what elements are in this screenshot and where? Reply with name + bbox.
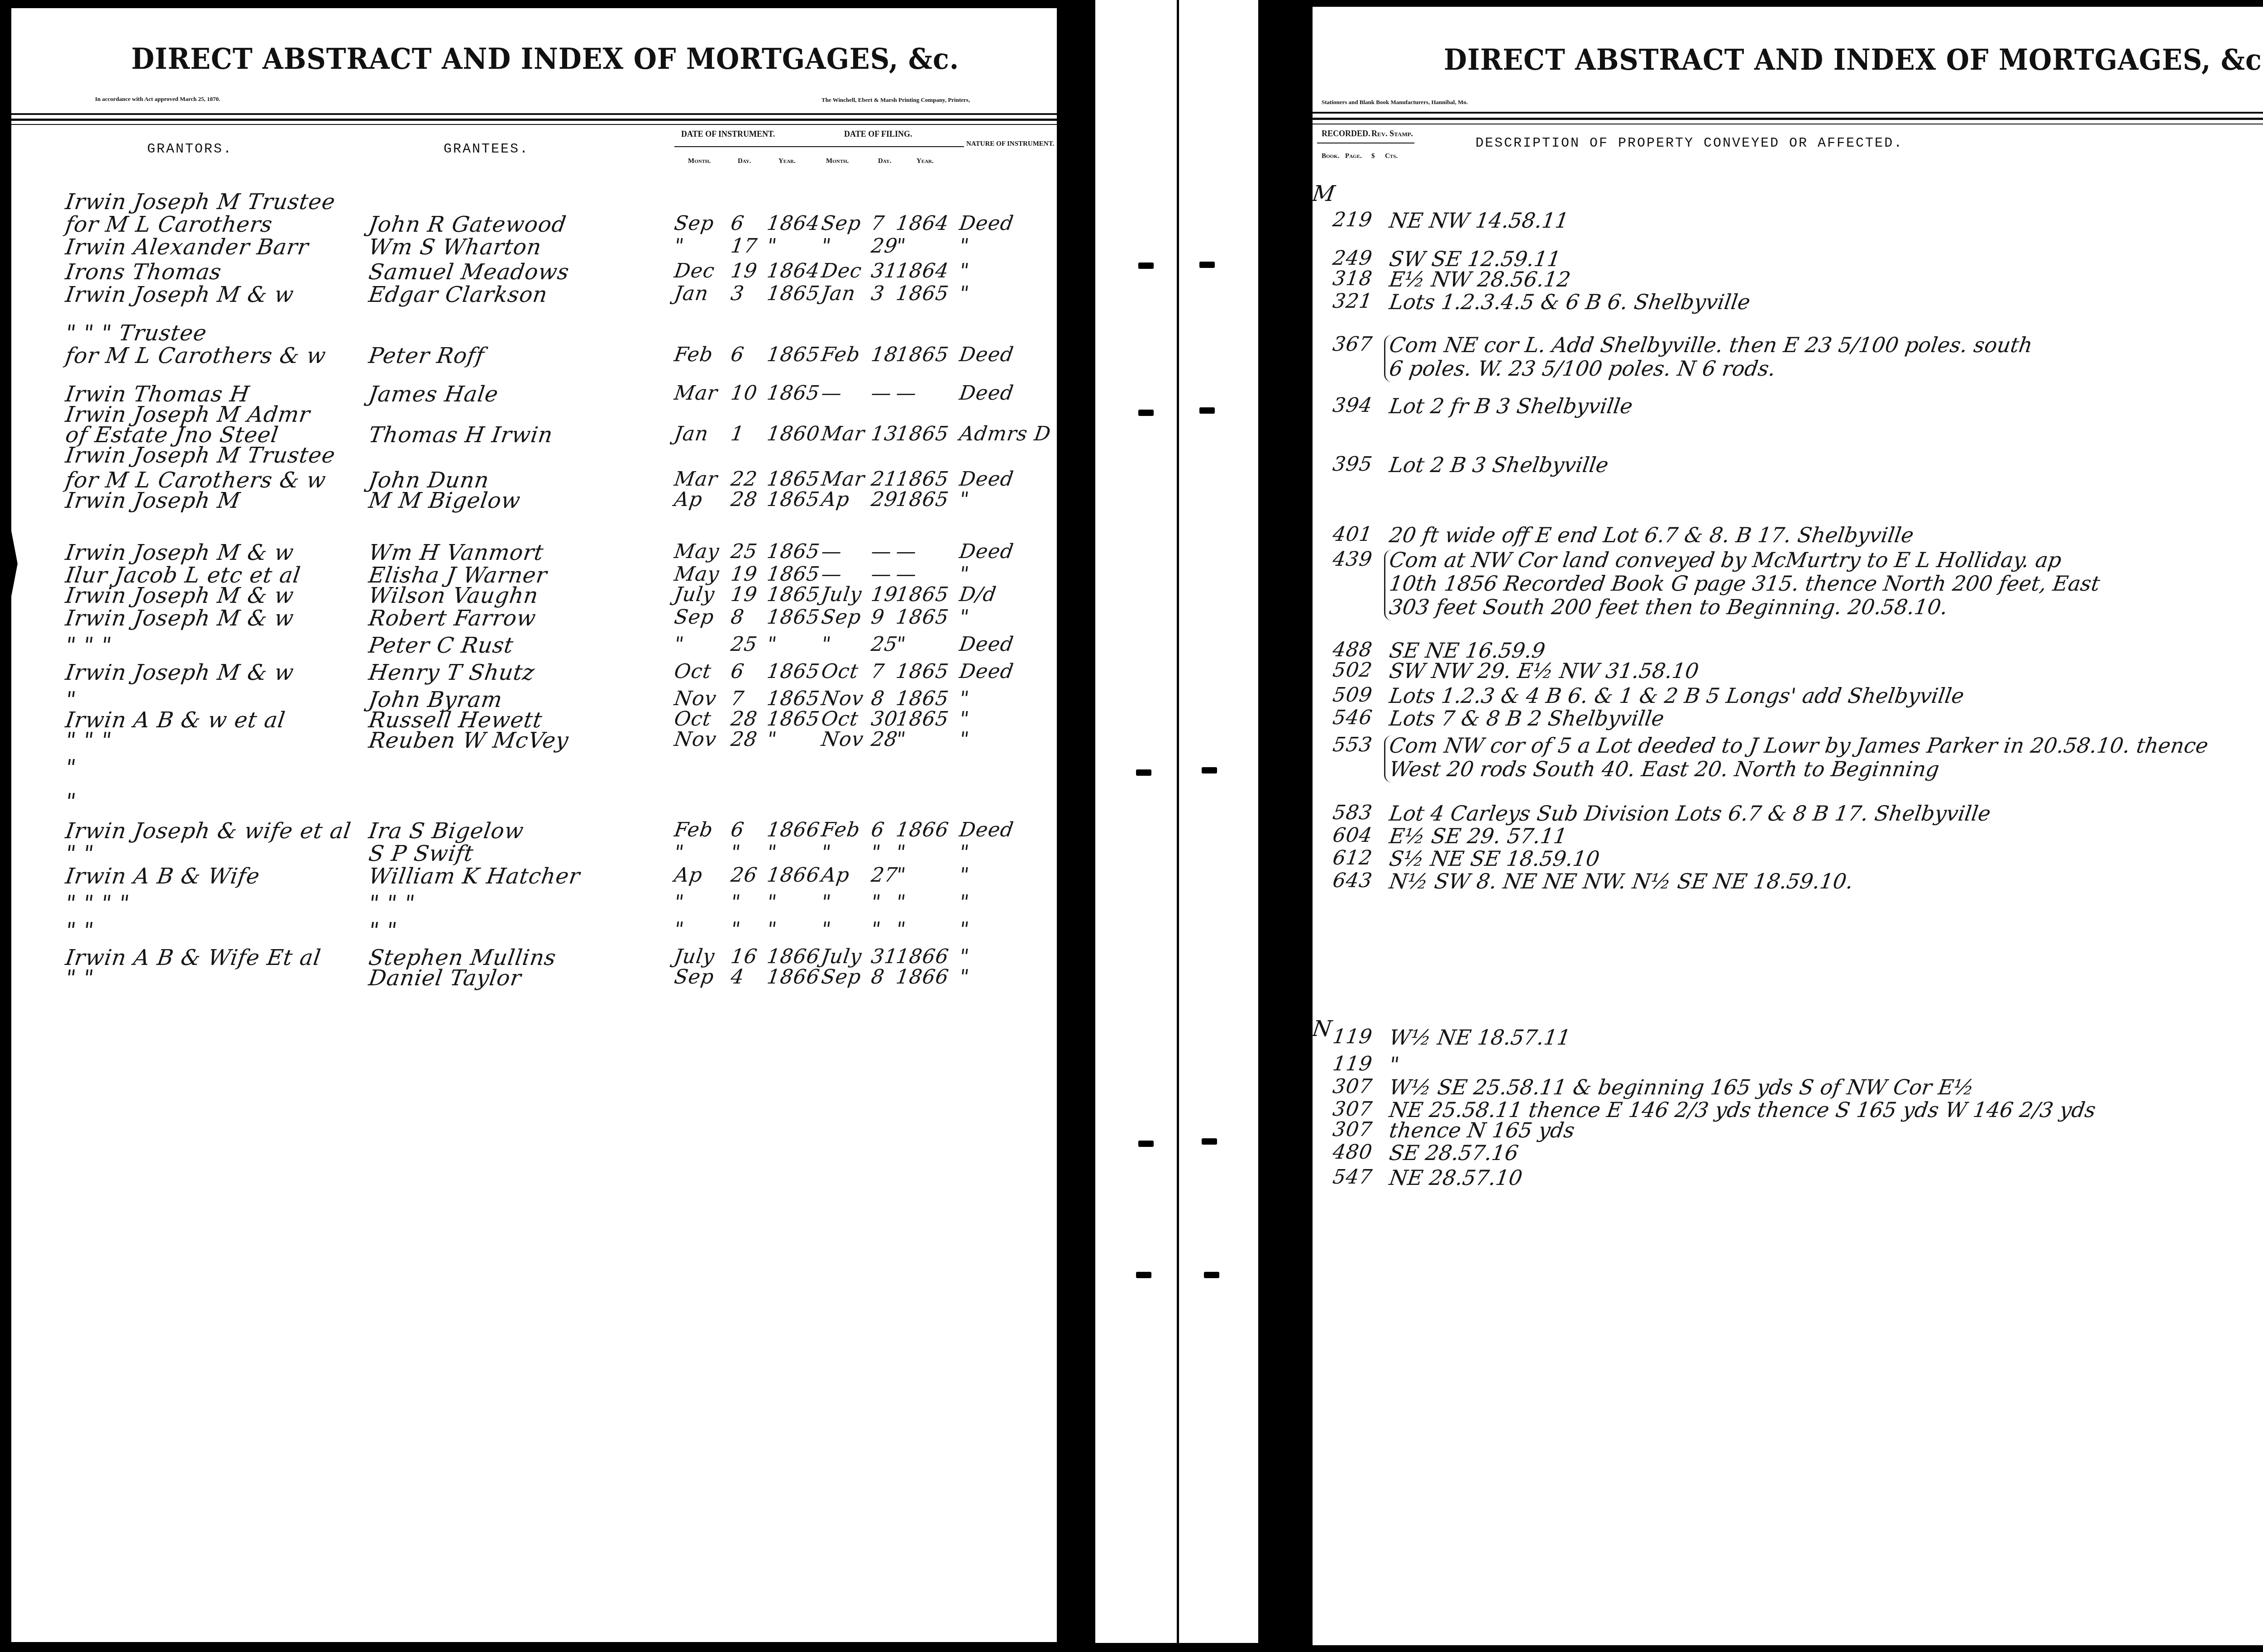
inst-year-cell: 1865 — [765, 606, 821, 629]
property-description: Lot 4 Carleys Sub Division Lots 6.7 & 8 … — [1388, 801, 1992, 826]
header-rule — [11, 119, 1057, 121]
grantor-cell: Irwin Joseph M & w — [64, 540, 296, 565]
property-description: SE 28.57.16 — [1388, 1141, 1520, 1165]
page-number: 249 — [1331, 247, 1374, 270]
grantor-cell: for M L Carothers — [64, 212, 274, 237]
nature-cell: " — [958, 728, 970, 751]
page-number: 502 — [1331, 659, 1374, 682]
header-rule — [11, 113, 1057, 115]
nature-cell: Deed — [958, 382, 1015, 405]
file-year-cell: 1865 — [894, 583, 950, 606]
file-year-cell: 1864 — [894, 259, 950, 282]
bracket-mark — [1384, 550, 1392, 621]
file-month-cell: " — [820, 633, 832, 656]
grantee-cell: Wm S Wharton — [367, 234, 543, 260]
grantor-cell: Irwin Joseph M & w — [64, 282, 296, 307]
file-year-cell: 1866 — [894, 818, 950, 841]
printer-note: The Winchell, Ebert & Marsh Printing Com… — [821, 96, 970, 104]
nature-cell: " — [958, 841, 970, 864]
file-day-cell: 7 — [869, 212, 886, 235]
file-day-cell: " — [869, 841, 882, 864]
grantor-cell: Irwin Joseph M & w — [64, 606, 296, 631]
rev-stamp-header: Rev. Stamp. — [1371, 129, 1413, 138]
inst-year-cell: 1865 — [765, 687, 821, 710]
inst-day-cell: 6 — [729, 818, 745, 841]
page-number: 119 — [1331, 1052, 1374, 1075]
inst-month-cell: May — [673, 563, 721, 586]
inst-day-cell: 28 — [729, 488, 759, 511]
file-year-cell: — — [894, 563, 918, 586]
inst-year-cell: 1865 — [765, 468, 821, 491]
page-number: 612 — [1331, 846, 1374, 869]
grantee-cell: M M Bigelow — [367, 488, 522, 513]
inst-year-cell: 1866 — [765, 818, 821, 841]
page-number: 219 — [1331, 208, 1374, 231]
grantor-cell: Irons Thomas — [64, 259, 223, 285]
file-month-cell: Sep — [820, 212, 863, 235]
grantor-cell: Irwin Joseph M & w — [64, 583, 296, 608]
act-note: In accordance with Act approved March 25… — [95, 95, 220, 103]
page-number: 553 — [1331, 733, 1374, 756]
inst-month-cell: " — [673, 918, 685, 941]
property-description: W½ NE 18.57.11 — [1388, 1025, 1572, 1050]
page-number: 307 — [1331, 1118, 1374, 1141]
file-month-cell: — — [820, 563, 843, 586]
binding-hole-icon — [1136, 1272, 1151, 1278]
file-day-cell: 8 — [869, 965, 886, 988]
grantee-cell: Daniel Taylor — [367, 965, 523, 991]
nature-cell: " — [958, 563, 970, 586]
file-year-cell: 1865 — [894, 687, 950, 710]
file-day-cell: 9 — [869, 606, 886, 629]
grantor-cell: " " — [64, 918, 95, 943]
page-number: 367 — [1331, 333, 1374, 356]
description-header: DESCRIPTION OF PROPERTY CONVEYED OR AFFE… — [1475, 136, 1903, 151]
grantor-cell: Irwin Joseph M Trustee — [64, 189, 337, 215]
binding-hole-icon — [1136, 769, 1151, 776]
file-day-cell: " — [869, 918, 882, 941]
file-day-cell: — — [869, 382, 893, 405]
inst-day-cell: 6 — [729, 660, 745, 683]
grantee-cell: Thomas H Irwin — [367, 422, 554, 448]
year-header: Year. — [917, 158, 934, 165]
file-day-cell: 3 — [869, 282, 886, 305]
inst-month-cell: Dec — [673, 259, 716, 282]
header-rule — [1313, 118, 2263, 120]
inst-day-cell: 10 — [729, 382, 759, 405]
file-year-cell: 1866 — [894, 965, 950, 988]
nature-cell: Deed — [958, 818, 1015, 841]
grantor-cell: " " " Trustee — [64, 320, 208, 346]
recorded-rule — [1317, 143, 1414, 143]
book-letter: N — [1311, 1016, 1334, 1041]
grantor-cell: " " — [64, 841, 95, 866]
page-number: 439 — [1331, 548, 1374, 571]
inst-day-cell: 28 — [729, 728, 759, 751]
inst-day-cell: " — [729, 891, 742, 914]
page-number: 318 — [1331, 267, 1374, 290]
bracket-mark — [1384, 335, 1392, 382]
grantee-cell: Wm H Vanmort — [367, 540, 545, 565]
book-letter: M — [1311, 181, 1337, 206]
grantee-cell: " " " — [367, 891, 417, 916]
inst-year-cell: 1860 — [765, 422, 821, 445]
property-description: West 20 rods South 40. East 20. North to… — [1388, 757, 1941, 781]
grantee-cell: Peter Roff — [367, 343, 486, 368]
header-rule — [11, 124, 1057, 125]
file-year-cell: " — [894, 918, 907, 941]
inst-month-cell: Mar — [673, 468, 719, 491]
inst-year-cell: 1865 — [765, 282, 821, 305]
property-description: 6 poles. W. 23 5/100 poles. N 6 rods. — [1388, 356, 1777, 381]
nature-cell: " — [958, 234, 970, 258]
nature-cell: " — [958, 488, 970, 511]
property-description: Com NW cor of 5 a Lot deeded to J Lowr b… — [1388, 733, 2210, 758]
date-of-instrument-header: DATE OF INSTRUMENT. — [681, 129, 775, 139]
page-number: 307 — [1331, 1098, 1374, 1121]
page-number: 604 — [1331, 824, 1374, 847]
grantor-cell: " " " " — [64, 891, 131, 916]
file-year-cell: 1865 — [894, 468, 950, 491]
nature-cell: " — [958, 687, 970, 710]
file-year-cell: " — [894, 841, 907, 864]
inst-year-cell: " — [765, 918, 778, 941]
file-day-cell: 7 — [869, 660, 886, 683]
grantor-cell: for M L Carothers & w — [64, 343, 328, 368]
inst-day-cell: 7 — [729, 687, 745, 710]
inst-day-cell: 4 — [729, 965, 745, 988]
nature-cell: Deed — [958, 660, 1015, 683]
inst-year-cell: 1865 — [765, 488, 821, 511]
inst-month-cell: Ap — [673, 488, 704, 511]
inst-month-cell: Feb — [673, 818, 714, 841]
grantor-cell: " — [64, 789, 78, 814]
month-header: Month. — [826, 158, 849, 165]
inst-month-cell: July — [673, 945, 716, 968]
inst-year-cell: 1866 — [765, 864, 821, 887]
nature-cell: Deed — [958, 343, 1015, 366]
file-month-cell: " — [820, 891, 832, 914]
grantees-header: GRANTEES. — [444, 142, 529, 157]
inst-year-cell: 1865 — [765, 583, 821, 606]
page-header: Page. — [1345, 153, 1362, 160]
grantee-cell: " " — [367, 918, 399, 943]
binding-hole-icon — [1199, 407, 1215, 414]
nature-cell: " — [958, 707, 970, 731]
inst-month-cell: " — [673, 234, 685, 258]
inst-day-cell: 17 — [729, 234, 759, 258]
binding-hole-icon — [1138, 1141, 1154, 1147]
file-year-cell: 1865 — [894, 282, 950, 305]
file-year-cell: 1866 — [894, 945, 950, 968]
grantee-cell: William K Hatcher — [367, 864, 582, 889]
inst-year-cell: " — [765, 841, 778, 864]
inst-year-cell: 1864 — [765, 212, 821, 235]
nature-of-instrument-header: NATURE OF INSTRUMENT. — [966, 140, 1054, 148]
property-description: E½ SE 29. 57.11 — [1388, 824, 1569, 848]
grantee-cell: Ira S Bigelow — [367, 818, 525, 844]
page-number: 119 — [1331, 1025, 1374, 1048]
file-year-cell: " — [894, 891, 907, 914]
binding-hole-icon — [1138, 263, 1154, 269]
file-day-cell: 6 — [869, 818, 886, 841]
nature-cell: Deed — [958, 468, 1015, 491]
recorded-header: RECORDED. — [1322, 129, 1370, 138]
inst-month-cell: Jan — [673, 282, 710, 305]
file-month-cell: Sep — [820, 606, 863, 629]
day-header: Day. — [878, 158, 891, 165]
nature-cell: Admrs D — [958, 422, 1052, 445]
nature-cell: " — [958, 918, 970, 941]
binding-strip — [1095, 0, 1177, 1643]
inst-month-cell: Oct — [673, 707, 713, 731]
file-year-cell: 1865 — [894, 606, 950, 629]
file-month-cell: Nov — [820, 687, 865, 710]
file-day-cell: — — [869, 563, 893, 586]
inst-year-cell: 1865 — [765, 707, 821, 731]
inst-year-cell: 1864 — [765, 259, 821, 282]
inst-year-cell: 1865 — [765, 382, 821, 405]
file-month-cell: Sep — [820, 965, 863, 988]
header-rule — [1313, 124, 2263, 124]
property-description: Lots 7 & 8 B 2 Shelbyville — [1388, 706, 1666, 731]
inst-year-cell: 1866 — [765, 965, 821, 988]
file-month-cell: Dec — [820, 259, 863, 282]
inst-month-cell: " — [673, 841, 685, 864]
inst-year-cell: " — [765, 728, 778, 751]
property-description: 10th 1856 Recorded Book G page 315. then… — [1388, 571, 2101, 596]
file-month-cell: " — [820, 918, 832, 941]
nature-cell: D/d — [958, 583, 998, 606]
inst-month-cell: Sep — [673, 606, 716, 629]
grantor-cell: Irwin Joseph M — [64, 488, 242, 513]
inst-month-cell: " — [673, 891, 685, 914]
inst-month-cell: Ap — [673, 864, 704, 887]
file-month-cell: " — [820, 841, 832, 864]
property-description: Lot 2 B 3 Shelbyville — [1388, 453, 1610, 477]
property-description: N½ SW 8. NE NE NW. N½ SE NE 18.59.10. — [1388, 869, 1855, 893]
page-number: 395 — [1331, 453, 1374, 476]
binding-hole-icon — [1204, 1272, 1219, 1278]
file-month-cell: Ap — [820, 864, 851, 887]
grantee-cell: Edgar Clarkson — [367, 282, 549, 307]
inst-year-cell: 1865 — [765, 343, 821, 366]
grantee-cell: Henry T Shutz — [367, 660, 536, 685]
grantee-cell: Reuben W McVey — [367, 728, 570, 753]
inst-month-cell: Nov — [673, 728, 718, 751]
nature-cell: " — [958, 945, 970, 968]
inst-month-cell: Nov — [673, 687, 718, 710]
page-number: 643 — [1331, 869, 1374, 892]
inst-day-cell: 19 — [729, 563, 759, 586]
inst-month-cell: July — [673, 583, 716, 606]
property-description: Com at NW Cor land conveyed by McMurtry … — [1388, 548, 2063, 572]
inst-day-cell: 6 — [729, 343, 745, 366]
grantee-cell: Samuel Meadows — [367, 259, 571, 285]
property-description: SW NW 29. E½ NW 31.58.10 — [1388, 659, 1700, 683]
inst-month-cell: Mar — [673, 382, 719, 405]
file-year-cell: — — [894, 540, 918, 563]
inst-year-cell: 1866 — [765, 945, 821, 968]
file-month-cell: Oct — [820, 707, 860, 731]
property-description: NE NW 14.58.11 — [1388, 208, 1570, 233]
property-description: 20 ft wide off E end Lot 6.7 & 8. B 17. … — [1388, 523, 1915, 547]
file-month-cell: Mar — [820, 468, 866, 491]
date-of-filing-header: DATE OF FILING. — [844, 129, 912, 139]
inst-year-cell: " — [765, 234, 778, 258]
page-number: 307 — [1331, 1075, 1374, 1098]
inst-month-cell: Jan — [673, 422, 710, 445]
page-number: 394 — [1331, 394, 1374, 417]
binding-hole-icon — [1202, 1138, 1217, 1145]
file-month-cell: Oct — [820, 660, 860, 683]
property-description: Lots 1.2.3 & 4 B 6. & 1 & 2 B 5 Longs' a… — [1388, 683, 1966, 708]
inst-day-cell: 16 — [729, 945, 759, 968]
nature-cell: Deed — [958, 633, 1015, 656]
inst-month-cell: Sep — [673, 212, 716, 235]
bracket-mark — [1384, 735, 1392, 783]
year-header: Year. — [778, 158, 796, 165]
binding-hole-icon — [1202, 767, 1217, 773]
binding-hole-icon — [1199, 262, 1215, 268]
inst-day-cell: 25 — [729, 540, 759, 563]
day-header: Day. — [738, 158, 751, 165]
grantors-header: GRANTORS. — [147, 142, 233, 157]
grantor-cell: Irwin Joseph & wife et al — [64, 818, 353, 844]
inst-year-cell: " — [765, 633, 778, 656]
grantor-cell: " " " — [64, 728, 114, 753]
grantee-cell: Wilson Vaughn — [367, 583, 540, 608]
property-description: W½ SE 25.58.11 & beginning 165 yds S of … — [1388, 1075, 1976, 1099]
left-ledger-page: DIRECT ABSTRACT AND INDEX OF MORTGAGES, … — [11, 8, 1057, 1642]
property-description: Lots 1.2.3.4.5 & 6 B 6. Shelbyville — [1388, 290, 1752, 314]
inst-day-cell: 1 — [729, 422, 745, 445]
nature-cell: Deed — [958, 540, 1015, 563]
file-month-cell: — — [820, 540, 843, 563]
file-year-cell: 1865 — [894, 488, 950, 511]
inst-day-cell: 25 — [729, 633, 759, 656]
inst-month-cell: Feb — [673, 343, 714, 366]
page-title: DIRECT ABSTRACT AND INDEX OF MORTGAGES, … — [1444, 43, 2263, 77]
page-number: 583 — [1331, 801, 1374, 824]
property-description: " — [1388, 1052, 1401, 1077]
property-description: Com NE cor L. Add Shelbyville. then E 23… — [1388, 333, 2034, 357]
stationer-note: Stationers and Blank Book Manufacturers,… — [1322, 99, 1468, 106]
grantor-cell: Irwin A B & Wife Et al — [64, 945, 323, 970]
file-year-cell: 1864 — [894, 212, 950, 235]
binding-strip — [1179, 0, 1258, 1643]
grantor-cell: Irwin Joseph M & w — [64, 660, 296, 685]
property-description: E½ NW 28.56.12 — [1388, 267, 1572, 291]
grantor-cell: " — [64, 755, 78, 780]
grantor-cell: " " — [64, 965, 95, 991]
file-day-cell: — — [869, 540, 893, 563]
grantee-cell: John R Gatewood — [367, 212, 568, 237]
binding-hole-icon — [1138, 410, 1154, 416]
cents-header: Cts. — [1385, 153, 1398, 160]
grantor-cell: Irwin Alexander Barr — [64, 234, 310, 260]
inst-day-cell: 6 — [729, 212, 745, 235]
file-year-cell: 1865 — [894, 422, 950, 445]
file-month-cell: July — [820, 583, 863, 606]
nature-cell: " — [958, 282, 970, 305]
file-month-cell: Jan — [820, 282, 857, 305]
file-day-cell: 8 — [869, 687, 886, 710]
page-number: 488 — [1331, 638, 1374, 661]
nature-cell: " — [958, 259, 970, 282]
page-number: 480 — [1331, 1141, 1374, 1164]
file-year-cell: 1865 — [894, 707, 950, 731]
date-rule — [674, 146, 964, 147]
inst-year-cell: " — [765, 891, 778, 914]
page-title: DIRECT ABSTRACT AND INDEX OF MORTGAGES, … — [131, 42, 959, 76]
inst-month-cell: " — [673, 633, 685, 656]
file-year-cell: — — [894, 382, 918, 405]
grantor-cell: Irwin Joseph M Trustee — [64, 443, 337, 468]
file-month-cell: Feb — [820, 343, 861, 366]
inst-day-cell: 3 — [729, 282, 745, 305]
inst-day-cell: 8 — [729, 606, 745, 629]
nature-cell: " — [958, 965, 970, 988]
file-day-cell: " — [869, 891, 882, 914]
nature-cell: " — [958, 891, 970, 914]
property-description: thence N 165 yds — [1388, 1118, 1576, 1142]
month-header: Month. — [688, 158, 711, 165]
file-year-cell: 1865 — [894, 660, 950, 683]
page-number: 401 — [1331, 523, 1374, 546]
inst-year-cell: 1865 — [765, 563, 821, 586]
grantee-cell: Robert Farrow — [367, 606, 538, 631]
inst-day-cell: 26 — [729, 864, 759, 887]
file-month-cell: Mar — [820, 422, 866, 445]
inst-day-cell: 19 — [729, 259, 759, 282]
page-number: 321 — [1331, 290, 1374, 313]
inst-day-cell: " — [729, 841, 742, 864]
inst-day-cell: 28 — [729, 707, 759, 731]
page-number: 546 — [1331, 706, 1374, 729]
inst-day-cell: 19 — [729, 583, 759, 606]
page-number: 509 — [1331, 683, 1374, 707]
inst-year-cell: 1865 — [765, 660, 821, 683]
file-year-cell: 1865 — [894, 343, 950, 366]
book-header: Book. — [1322, 153, 1339, 160]
file-month-cell: Ap — [820, 488, 851, 511]
property-description: 303 feet South 200 feet then to Beginnin… — [1388, 595, 1949, 619]
grantor-cell: " " " — [64, 633, 114, 658]
property-description: NE 28.57.10 — [1388, 1165, 1524, 1190]
file-month-cell: — — [820, 382, 843, 405]
inst-month-cell: Oct — [673, 660, 713, 683]
dollars-header: $ — [1371, 153, 1375, 160]
nature-cell: Deed — [958, 212, 1015, 235]
inst-year-cell: 1865 — [765, 540, 821, 563]
right-ledger-page: DIRECT ABSTRACT AND INDEX OF MORTGAGES, … — [1313, 7, 2263, 1645]
file-month-cell: Nov — [820, 728, 865, 751]
nature-cell: " — [958, 864, 970, 887]
inst-month-cell: Sep — [673, 965, 716, 988]
property-description: S½ NE SE 18.59.10 — [1388, 846, 1601, 871]
grantee-cell: James Hale — [367, 382, 500, 407]
header-rule — [1313, 112, 2263, 114]
grantee-cell: Peter C Rust — [367, 633, 515, 658]
file-month-cell: " — [820, 234, 832, 258]
property-description: Lot 2 fr B 3 Shelbyville — [1388, 394, 1634, 418]
grantor-cell: Irwin A B & Wife — [64, 864, 262, 889]
inst-month-cell: May — [673, 540, 721, 563]
file-month-cell: July — [820, 945, 863, 968]
grantee-cell: S P Swift — [367, 841, 475, 866]
inst-day-cell: " — [729, 918, 742, 941]
